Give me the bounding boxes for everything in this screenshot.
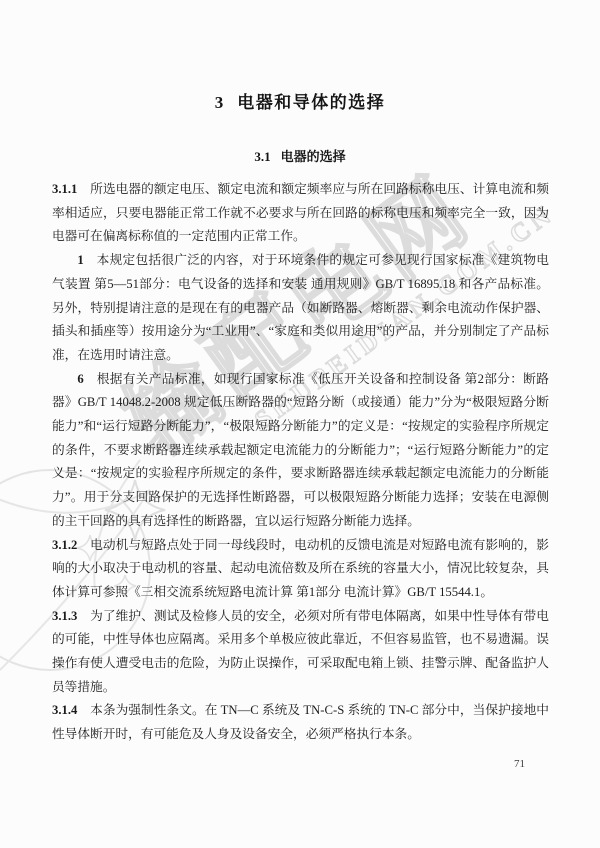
chapter-number: 3 bbox=[215, 93, 224, 112]
paragraph: 3.1.3 为了维护、测试及检修人员的安全，必须对所有带电体隔离，如果中性导体有… bbox=[52, 605, 549, 700]
body-text: 3.1.1 所选电器的额定电压、额定电流和额定频率应与所在回路标称电压、计算电流… bbox=[52, 178, 549, 747]
chapter-title: 3电器和导体的选择 bbox=[0, 88, 600, 113]
paragraph: 6 根据有关产品标准，如现行国家标准《低压开关设备和控制设备 第2部分：断路器》… bbox=[52, 368, 549, 534]
chapter-title-text: 电器和导体的选择 bbox=[237, 93, 385, 112]
document-page: 输配电网 SHUPEIDIAN.COM.CN 3电器和导体的选择 3.1电器的选… bbox=[0, 0, 600, 848]
paragraph-number: 3.1.4 bbox=[52, 703, 77, 717]
section-number: 3.1 bbox=[254, 149, 270, 164]
section-title-text: 电器的选择 bbox=[281, 149, 346, 164]
paragraph-number: 3.1.2 bbox=[52, 538, 77, 552]
paragraph-number: 3.1.1 bbox=[52, 182, 77, 196]
page-number: 71 bbox=[514, 758, 525, 770]
paragraph-number: 1 bbox=[77, 253, 83, 267]
paragraph-number: 3.1.3 bbox=[52, 609, 77, 623]
section-title: 3.1电器的选择 bbox=[0, 146, 600, 165]
paragraph: 3.1.2 电动机与短路点处于同一母线段时，电动机的反馈电流是对短路电流有影响的… bbox=[52, 534, 549, 605]
paragraph: 1 本规定包括很广泛的内容，对于环境条件的规定可参见现行国家标准《建筑物电气装置… bbox=[52, 249, 549, 368]
paragraph: 3.1.1 所选电器的额定电压、额定电流和额定频率应与所在回路标称电压、计算电流… bbox=[52, 178, 549, 249]
paragraph: 3.1.4 本条为强制性条文。在 TN—C 系统及 TN-C-S 系统的 TN-… bbox=[52, 699, 549, 746]
paragraph-number: 6 bbox=[77, 372, 83, 386]
